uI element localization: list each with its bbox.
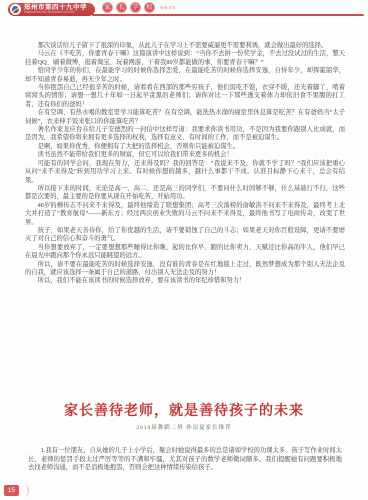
paragraph: 恰同学少年的你们，在最能学习的时候你选择恋爱，在最能吃苦的时候你选择安逸，自恃年… <box>25 67 345 84</box>
paragraph: 当你想要放弃了，一定要想想那些睡得比你晚、起的比你早、跑的比你卖力、天赋还比你高… <box>25 244 345 261</box>
section-subtitle: 家校共育 <box>160 6 176 11</box>
section-badge: 学 <box>130 2 141 13</box>
page-header: 郑州市第四十九中学 ZHENGZHOU NO.49 MIDDLE SCHOOL … <box>0 2 368 18</box>
header-rule <box>92 14 364 16</box>
section-badge: 长 <box>116 2 127 13</box>
paragraph: 40岁的柳传志不问来不来得及，最终他缔造了联想集团；高考三次落榜的俞敏洪不问来不… <box>25 202 345 227</box>
paragraph: 马云在《不吃苦，你要青春干嘛》这篇演讲中这样说到：“当你不去拼一份奖学金，不去过… <box>25 50 345 67</box>
article-body: 那次谈话给儿子留下了很深的印象，从此儿子在学习上不需要威逼更不需要利诱，就会做出… <box>25 42 345 286</box>
school-name-en: ZHENGZHOU NO.49 MIDDLE SCHOOL <box>24 12 87 15</box>
paragraph: 著名作家龙应台在给儿子安德烈的一封信中这样写道：我要求你读书用功，不是因为我要你… <box>25 126 345 143</box>
paragraph: 当你抱怨自己已经很辛苦的时候，请看看在西部的那些穷孩子，他们饭吃不饱，衣穿不暖，… <box>25 84 345 109</box>
page-number-arc-decoration <box>20 484 29 497</box>
school-name-block: 郑州市第四十九中学 ZHENGZHOU NO.49 MIDDLE SCHOOL <box>24 5 87 14</box>
paragraph: 1.我有一位朋友，自从她的儿子上小学后，聚会时她说得最多的总是诸如学校的功课太多… <box>28 447 342 473</box>
paragraph: 在有空调、有热水喝的教室里学习能算吃苦？在有空调，能洗热水澡的寝室里休息算是吃苦… <box>25 109 345 126</box>
school-banner: 郑州市第四十九中学 ZHENGZHOU NO.49 MIDDLE SCHOOL <box>8 3 95 16</box>
section-badges: 家长学校 <box>102 2 155 13</box>
magazine-page: 郑州市第四十九中学 ZHENGZHOU NO.49 MIDDLE SCHOOL … <box>0 0 368 500</box>
section-badge: 校 <box>144 2 155 13</box>
section-badge: 家 <box>102 2 113 13</box>
article2-body: 1.我有一位朋友，自从她的儿子上小学后，聚会时她说得最多的总是诸如学校的功课太多… <box>28 447 342 473</box>
article-byline: 2019届舞蹈二班 孙凉夏家长推荐 <box>0 423 368 431</box>
article-title: 家长善待老师，就是善待孩子的未来 <box>0 400 368 420</box>
paragraph: 读书虽然不能带给我们更多的财富，但它可以给我们带来更多的机会！ <box>25 151 345 159</box>
paragraph: 孩子，如果老天善待你，给了你优越的生活，请不要销蚀了自己的斗志；如果老天对你百般… <box>25 227 345 244</box>
school-logo-icon <box>10 4 21 15</box>
paragraph: 可能有的同学会问，我现在努力，还来得及吗？我的回答是：“我说来不及，你就不学了吗… <box>25 160 345 185</box>
paragraph: 所以，我们不能在该读书的时候选择放弃，要在该读书的年纪珍惜和努力！ <box>25 277 345 285</box>
paragraph: 所以，请不要在最能吃苦的时候选择安逸，没有谁的青春是在红地毯上走过，既然梦想成为… <box>25 261 345 278</box>
page-number-badge: 15 <box>4 485 19 496</box>
paragraph: 所以接下来的时间，无论是高一、高二、还是高三的同学们，不要问什么时间够不够，什么… <box>25 185 345 202</box>
